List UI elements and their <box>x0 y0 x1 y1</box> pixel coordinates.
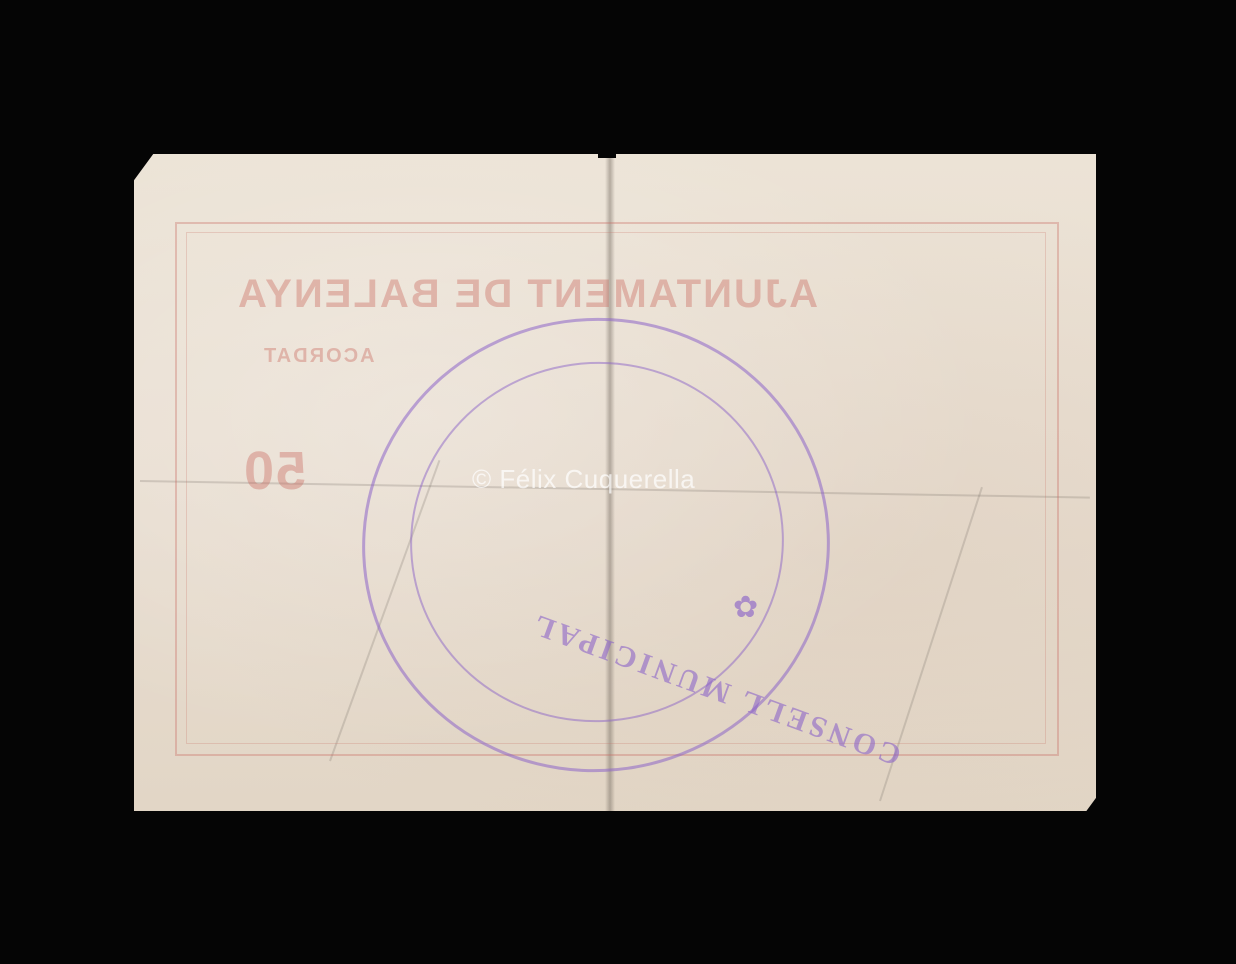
fold-notch <box>598 150 616 158</box>
stamp-star-icon: ✿ <box>733 590 758 625</box>
bleed-through-value: 50 <box>242 440 306 502</box>
bleed-through-subtitle: ACORDAT <box>262 345 375 368</box>
bleed-through-title: AJUNTAMENT DE BALENYA <box>236 272 818 317</box>
copyright-watermark: © Félix Cuquerella <box>472 464 695 495</box>
